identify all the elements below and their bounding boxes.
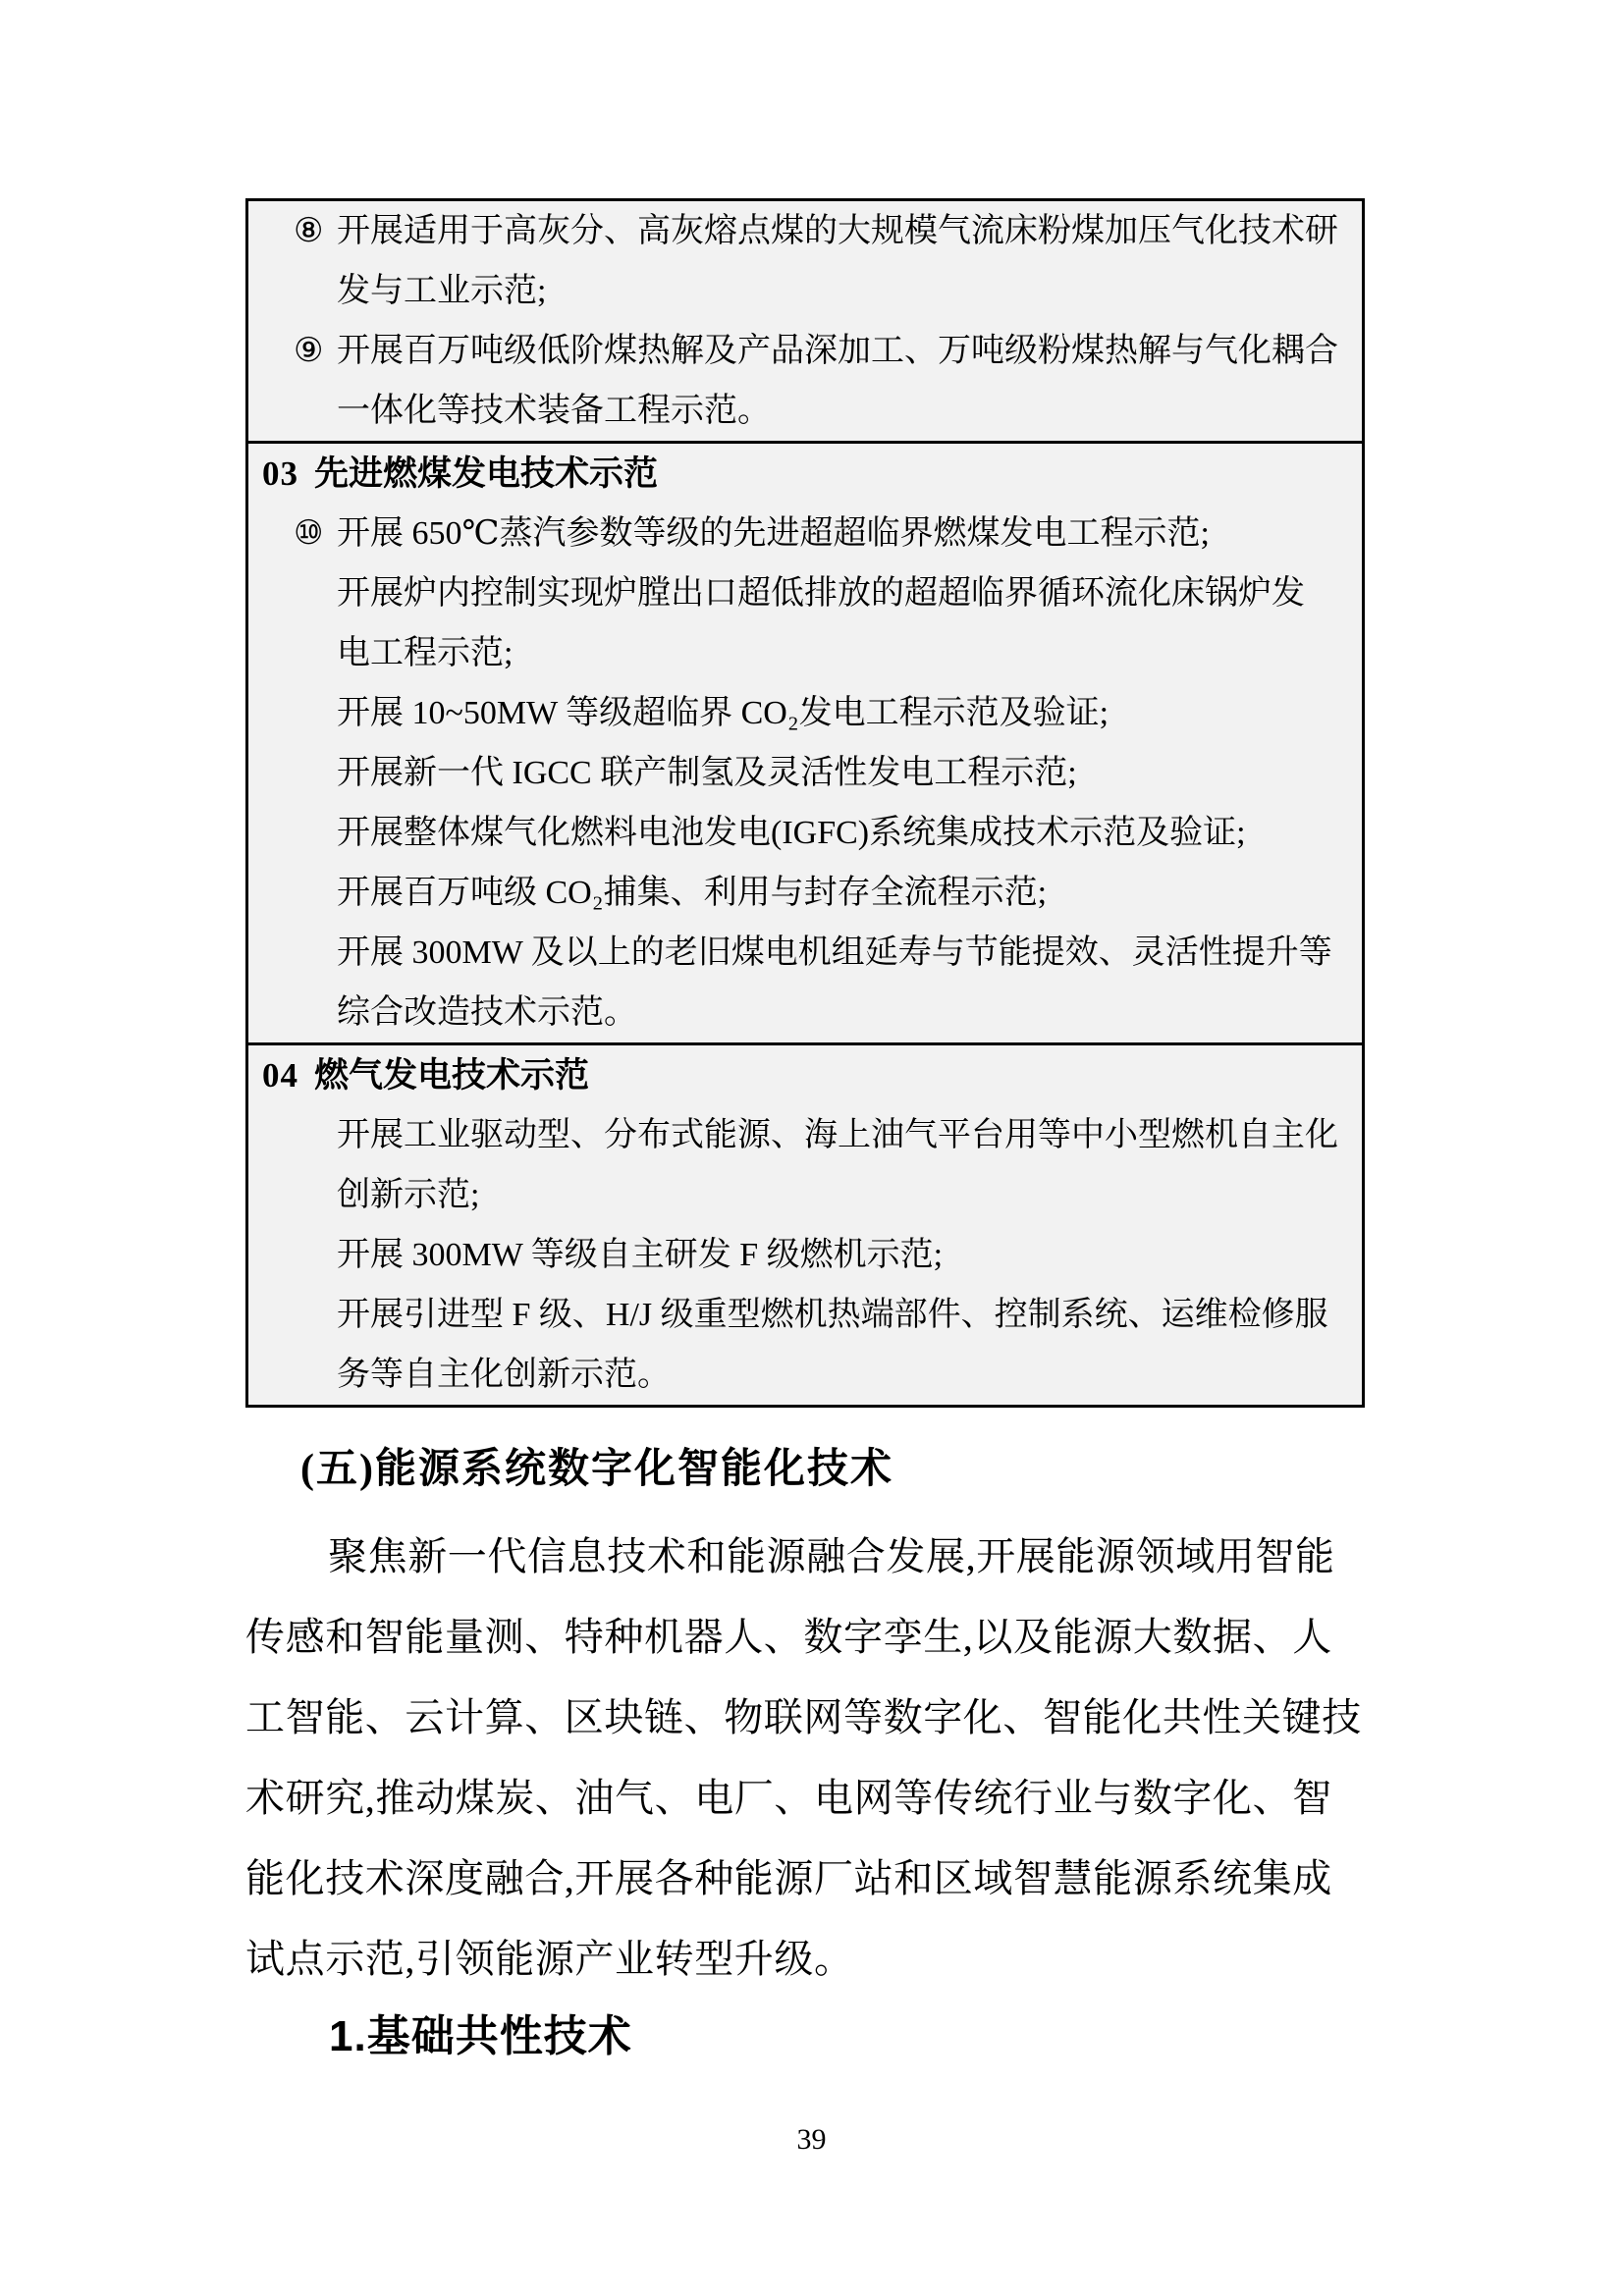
table-text-line: 开展引进型 F 级、H/J 级重型燃机热端部件、控制系统、运维检修服 bbox=[248, 1285, 1362, 1345]
line-text: 创新示范; bbox=[337, 1177, 479, 1213]
table-text-line: 开展 300MW 及以上的老旧煤电机组延寿与节能提效、灵活性提升等 bbox=[248, 923, 1362, 983]
line-text: 开展 10~50MW 等级超临界 CO₂发电工程示范及验证; bbox=[337, 695, 1109, 731]
line-text: 开展 300MW 等级自主研发 F 级燃机示范; bbox=[337, 1237, 943, 1273]
row-header-number: 03 bbox=[262, 454, 298, 493]
table-text-line: 开展新一代 IGCC 联产制氢及灵活性发电工程示范; bbox=[248, 743, 1362, 803]
line-text: 开展 650℃蒸汽参数等级的先进超超临界燃煤发电工程示范; bbox=[337, 515, 1210, 552]
paragraph-line: 术研究,推动煤炭、油气、电厂、电网等传统行业与数字化、智 bbox=[245, 1758, 1365, 1839]
table-text-line: 发与工业示范; bbox=[248, 261, 1362, 321]
table-text-line: 开展工业驱动型、分布式能源、海上油气平台用等中小型燃机自主化 bbox=[248, 1105, 1362, 1165]
table-text-line: 开展百万吨级 CO₂捕集、利用与封存全流程示范; bbox=[248, 863, 1362, 923]
table-text-line: 创新示范; bbox=[248, 1165, 1362, 1225]
line-text: 开展百万吨级低阶煤热解及产品深加工、万吨级粉煤热解与气化耦合 bbox=[337, 333, 1338, 369]
table-row: ⑧开展适用于高灰分、高灰熔点煤的大规模气流床粉煤加压气化技术研发与工业示范;⑨开… bbox=[248, 201, 1362, 441]
paragraph-line: 聚焦新一代信息技术和能源融合发展,开展能源领域用智能 bbox=[245, 1517, 1365, 1597]
table-text-line: 一体化等技术装备工程示范。 bbox=[248, 381, 1362, 441]
table-row: 04燃气发电技术示范开展工业驱动型、分布式能源、海上油气平台用等中小型燃机自主化… bbox=[248, 1042, 1362, 1405]
row-header-title: 燃气发电技术示范 bbox=[314, 1056, 589, 1095]
table-row-header: 03先进燃煤发电技术示范 bbox=[248, 444, 1362, 504]
line-text: 发与工业示范; bbox=[337, 273, 546, 309]
paragraph-line: 传感和智能量测、特种机器人、数字孪生,以及能源大数据、人 bbox=[245, 1597, 1365, 1678]
circled-number-marker: ⑩ bbox=[294, 504, 337, 563]
body-paragraph: 聚焦新一代信息技术和能源融合发展,开展能源领域用智能传感和智能量测、特种机器人、… bbox=[245, 1517, 1365, 2000]
table-text-line: 电工程示范; bbox=[248, 623, 1362, 683]
line-text: 电工程示范; bbox=[337, 635, 513, 671]
document-page: { "page": { "number": "39" }, "table": {… bbox=[0, 0, 1623, 2296]
line-text: 一体化等技术装备工程示范。 bbox=[337, 393, 771, 429]
table-body: ⑧开展适用于高灰分、高灰熔点煤的大规模气流床粉煤加压气化技术研发与工业示范;⑨开… bbox=[248, 201, 1362, 1405]
table-text-line: 综合改造技术示范。 bbox=[248, 983, 1362, 1042]
line-text: 开展炉内控制实现炉膛出口超低排放的超超临界循环流化床锅炉发 bbox=[337, 575, 1305, 612]
line-text: 开展工业驱动型、分布式能源、海上油气平台用等中小型燃机自主化 bbox=[337, 1117, 1338, 1153]
table-text-line: ⑩开展 650℃蒸汽参数等级的先进超超临界燃煤发电工程示范; bbox=[248, 504, 1362, 563]
table-text-line: ⑧开展适用于高灰分、高灰熔点煤的大规模气流床粉煤加压气化技术研 bbox=[248, 201, 1362, 261]
table-text-line: 开展 300MW 等级自主研发 F 级燃机示范; bbox=[248, 1225, 1362, 1285]
page-number: 39 bbox=[0, 2122, 1623, 2158]
table-row-header: 04燃气发电技术示范 bbox=[248, 1045, 1362, 1105]
sub-heading: 1.基础共性技术 bbox=[329, 2008, 632, 2065]
circled-number-marker: ⑧ bbox=[294, 201, 337, 261]
table-text-line: ⑨开展百万吨级低阶煤热解及产品深加工、万吨级粉煤热解与气化耦合 bbox=[248, 321, 1362, 381]
section-heading: (五)能源系统数字化智能化技术 bbox=[245, 1440, 1365, 1499]
line-text: 开展 300MW 及以上的老旧煤电机组延寿与节能提效、灵活性提升等 bbox=[337, 934, 1332, 971]
circled-number-marker: ⑨ bbox=[294, 321, 337, 381]
line-text: 开展新一代 IGCC 联产制氢及灵活性发电工程示范; bbox=[337, 755, 1077, 791]
line-text: 开展引进型 F 级、H/J 级重型燃机热端部件、控制系统、运维检修服 bbox=[337, 1297, 1328, 1333]
row-header-title: 先进燃煤发电技术示范 bbox=[314, 454, 658, 493]
table-text-line: 开展整体煤气化燃料电池发电(IGFC)系统集成技术示范及验证; bbox=[248, 803, 1362, 863]
table-text-line: 开展炉内控制实现炉膛出口超低排放的超超临界循环流化床锅炉发 bbox=[248, 563, 1362, 623]
table-text-line: 开展 10~50MW 等级超临界 CO₂发电工程示范及验证; bbox=[248, 683, 1362, 743]
technology-table: ⑧开展适用于高灰分、高灰熔点煤的大规模气流床粉煤加压气化技术研发与工业示范;⑨开… bbox=[245, 198, 1365, 1408]
line-text: 综合改造技术示范。 bbox=[337, 994, 637, 1031]
row-header-number: 04 bbox=[262, 1056, 298, 1095]
line-text: 开展整体煤气化燃料电池发电(IGFC)系统集成技术示范及验证; bbox=[337, 815, 1246, 851]
paragraph-line: 能化技术深度融合,开展各种能源厂站和区域智慧能源系统集成 bbox=[245, 1839, 1365, 1919]
paragraph-line: 工智能、云计算、区块链、物联网等数字化、智能化共性关键技 bbox=[245, 1678, 1365, 1758]
line-text: 开展适用于高灰分、高灰熔点煤的大规模气流床粉煤加压气化技术研 bbox=[337, 213, 1338, 249]
table-text-line: 务等自主化创新示范。 bbox=[248, 1345, 1362, 1405]
line-text: 开展百万吨级 CO₂捕集、利用与封存全流程示范; bbox=[337, 875, 1047, 911]
line-text: 务等自主化创新示范。 bbox=[337, 1357, 671, 1393]
paragraph-line: 试点示范,引领能源产业转型升级。 bbox=[245, 1919, 1365, 2000]
table-row: 03先进燃煤发电技术示范⑩开展 650℃蒸汽参数等级的先进超超临界燃煤发电工程示… bbox=[248, 441, 1362, 1042]
